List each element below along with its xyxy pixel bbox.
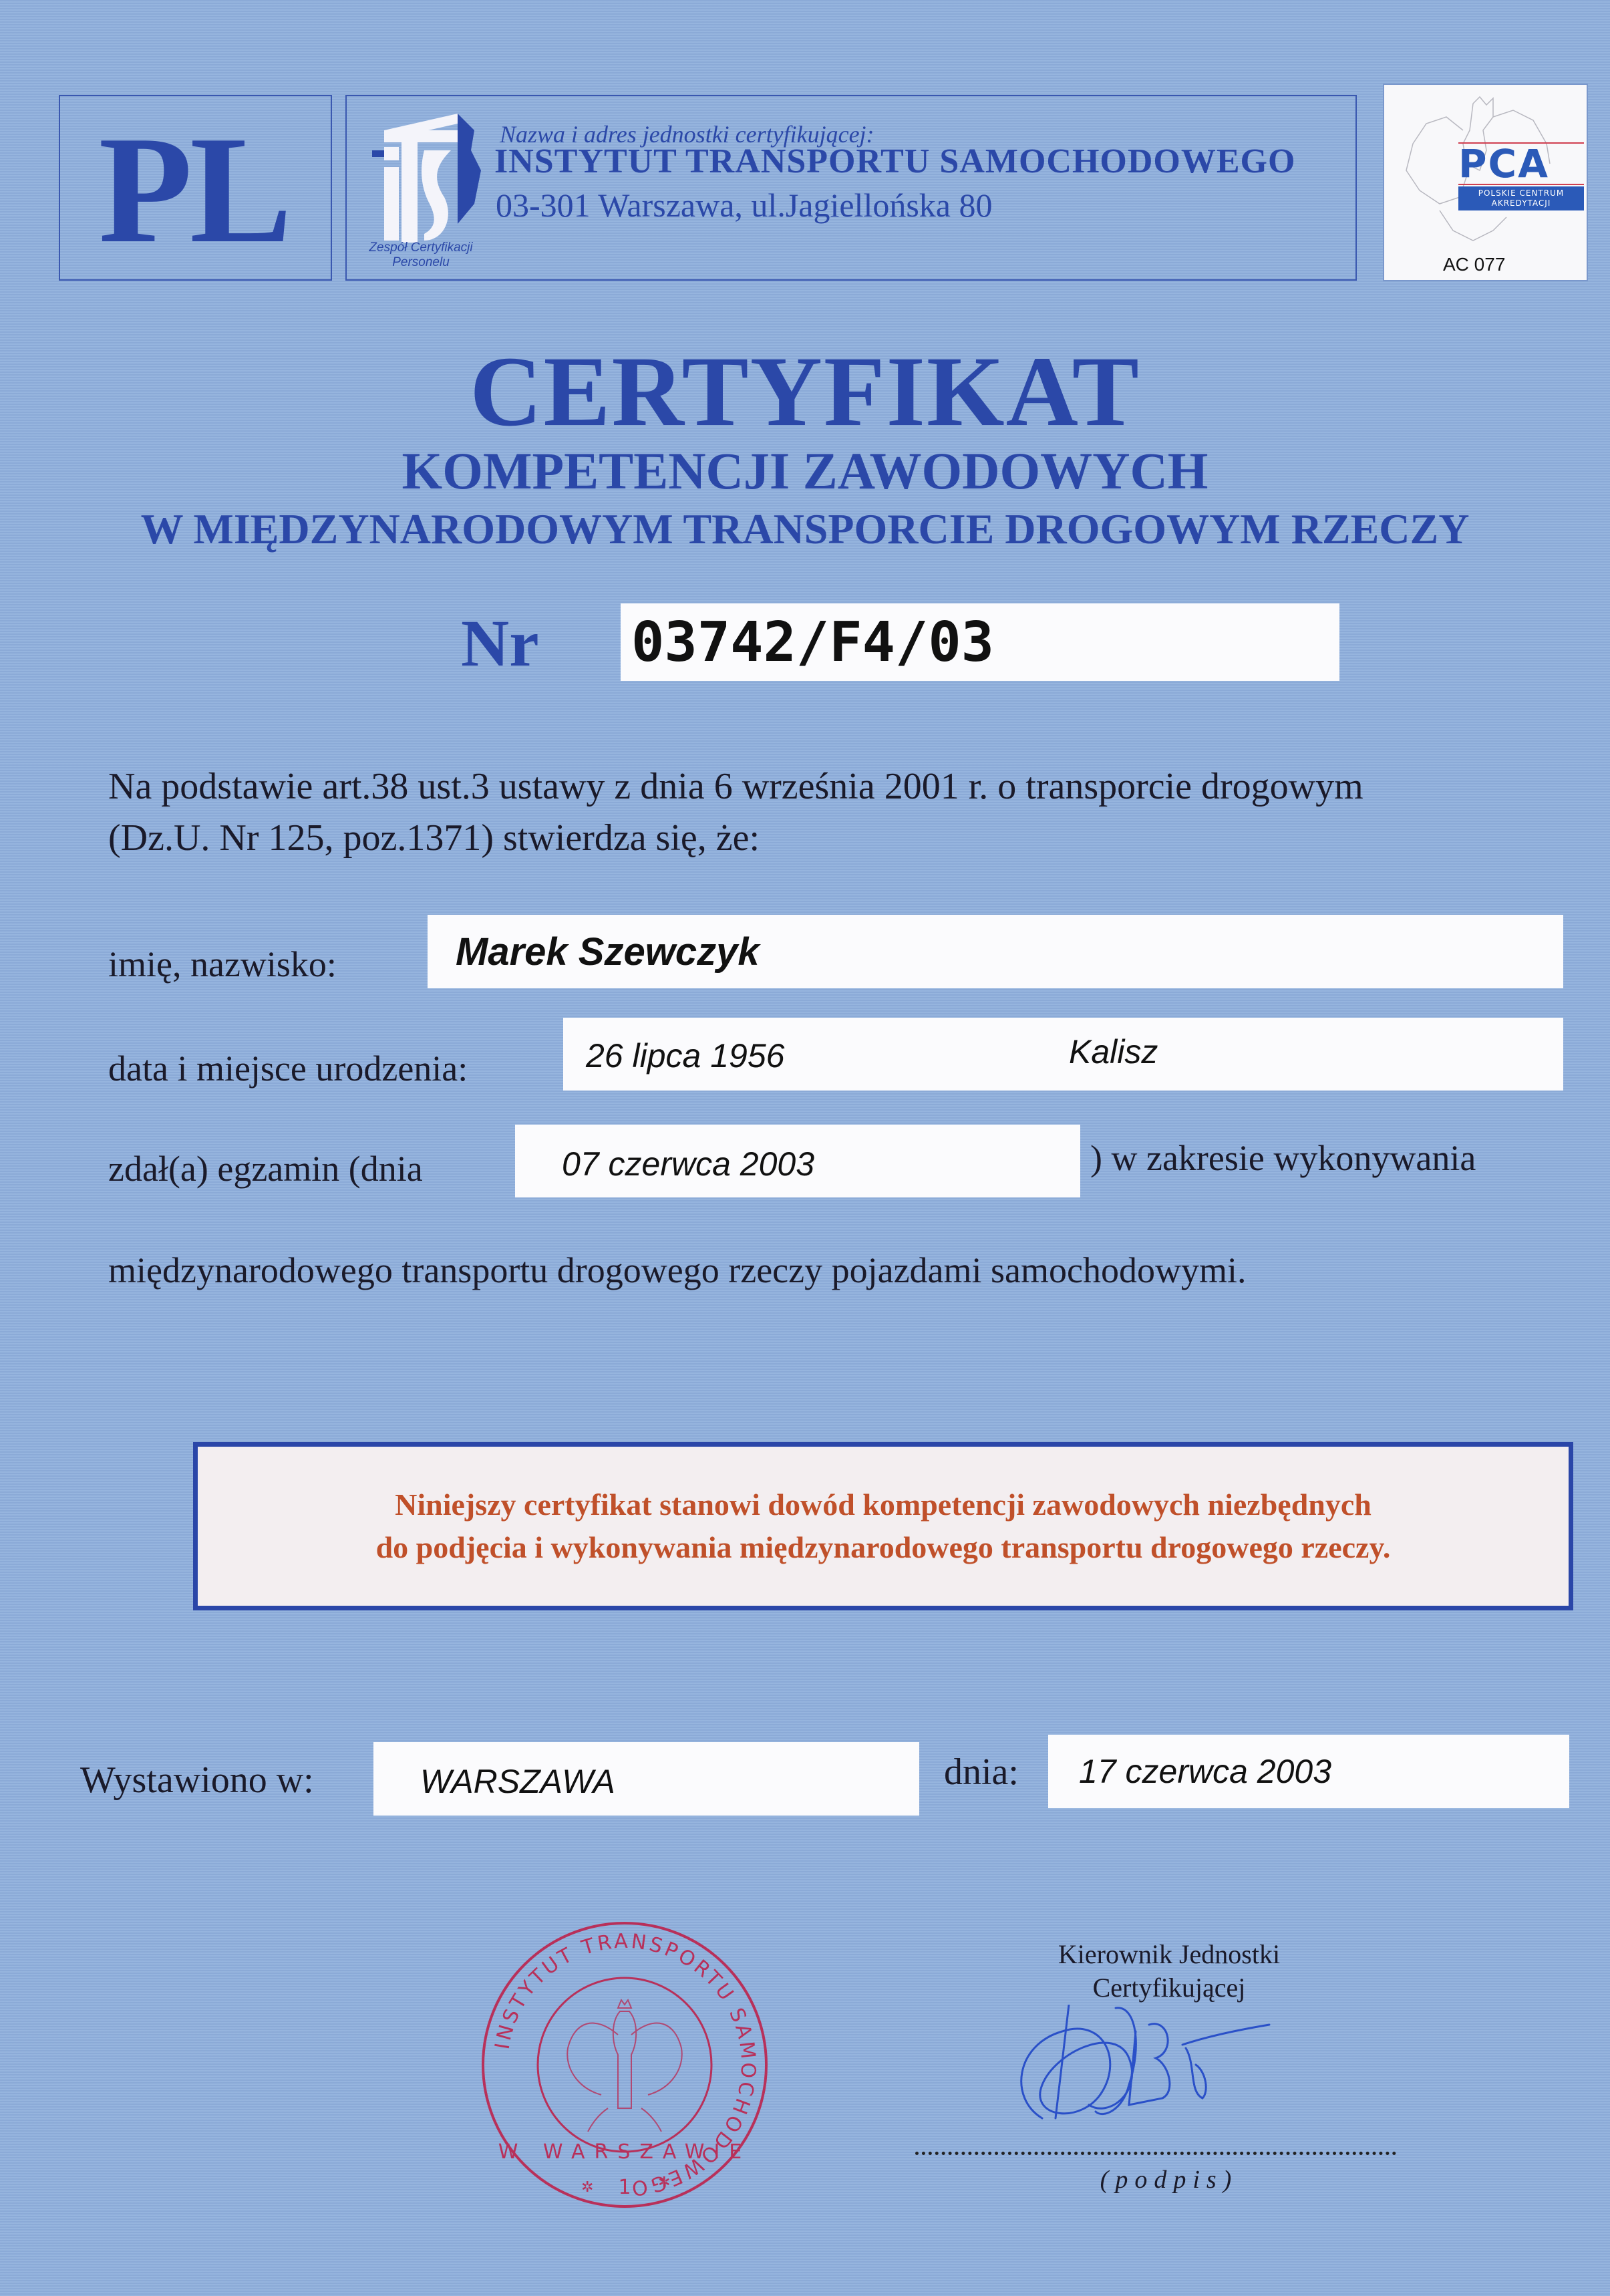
issued-date: 17 czerwca 2003 bbox=[1079, 1752, 1331, 1791]
birth-field: 26 lipca 1956 Kalisz bbox=[563, 1018, 1563, 1091]
unit-name: INSTYTUT TRANSPORTU SAMOCHODOWEGO bbox=[494, 142, 1295, 181]
issued-date-label: dnia: bbox=[944, 1751, 1019, 1793]
unit-address: 03-301 Warszawa, ul.Jagiellońska 80 bbox=[496, 186, 992, 225]
issued-place: WARSZAWA bbox=[420, 1762, 615, 1801]
its-logo-icon bbox=[357, 110, 501, 244]
birth-label: data i miejsce urodzenia: bbox=[108, 1048, 468, 1089]
legal-basis-line-1: Na podstawie art.38 ust.3 ustawy z dnia … bbox=[108, 765, 1363, 808]
issued-place-field: WARSZAWA bbox=[373, 1742, 919, 1816]
pca-subtitle: POLSKIE CENTRUM AKREDYTACJI bbox=[1458, 186, 1584, 210]
signature-caption: (podpis) bbox=[902, 2165, 1436, 2194]
number-label: Nr bbox=[461, 605, 539, 682]
svg-text:W WARSZAWIE: W WARSZAWIE bbox=[498, 2140, 752, 2164]
certificate-number-field: 03742/F4/03 bbox=[621, 603, 1339, 681]
signatory-title: Kierownik Jednostki Certyfikującej bbox=[902, 1938, 1436, 2005]
country-code: PL bbox=[59, 95, 329, 278]
exam-date: 07 czerwca 2003 bbox=[562, 1145, 814, 1183]
signature-icon bbox=[1002, 2005, 1349, 2138]
accreditation-code: AC 077 bbox=[1443, 254, 1505, 275]
issued-place-label: Wystawiono w: bbox=[80, 1759, 314, 1802]
pca-logo: PCA POLSKIE CENTRUM AKREDYTACJI bbox=[1458, 142, 1584, 210]
legal-basis-line-2: (Dz.U. Nr 125, poz.1371) stwierdza się, … bbox=[108, 817, 760, 859]
name-field: Marek Szewczyk bbox=[428, 915, 1563, 988]
scope-text: międzynarodowego transportu drogowego rz… bbox=[108, 1250, 1246, 1291]
svg-text:✲: ✲ bbox=[581, 2178, 593, 2195]
birth-date: 26 lipca 1956 bbox=[586, 1036, 784, 1075]
notice-box: Niniejszy certyfikat stanowi dowód kompe… bbox=[193, 1442, 1573, 1610]
birth-place: Kalisz bbox=[1069, 1032, 1158, 1071]
exam-label: zdał(a) egzamin (dnia bbox=[108, 1148, 423, 1189]
signature-line bbox=[915, 2152, 1396, 2155]
certificate-number: 03742/F4/03 bbox=[631, 611, 994, 674]
issued-date-field: 17 czerwca 2003 bbox=[1048, 1735, 1569, 1808]
notice-line-2: do podjęcia i wykonywania międzynarodowe… bbox=[376, 1526, 1391, 1569]
pca-letters: PCA bbox=[1458, 142, 1584, 185]
exam-suffix: ) w zakresie wykonywania bbox=[1090, 1137, 1476, 1179]
svg-text:✲: ✲ bbox=[658, 2174, 670, 2190]
notice-line-1: Niniejszy certyfikat stanowi dowód kompe… bbox=[395, 1483, 1372, 1526]
document-subtitle-2: W MIĘDZYNARODOWYM TRANSPORCIE DROGOWYM R… bbox=[0, 505, 1610, 554]
holder-name: Marek Szewczyk bbox=[456, 929, 760, 974]
official-stamp-icon: INSTYTUT TRANSPORTU SAMOCHODOWEGO W WARS… bbox=[468, 1908, 782, 2222]
name-label: imię, nazwisko: bbox=[108, 944, 337, 985]
svg-text:1: 1 bbox=[618, 2176, 631, 2199]
its-logo-caption: Zespół Certyfikacji Personelu bbox=[347, 241, 494, 270]
document-subtitle: KOMPETENCJI ZAWODOWYCH bbox=[0, 441, 1610, 501]
exam-date-field: 07 czerwca 2003 bbox=[515, 1125, 1080, 1197]
document-title: CERTYFIKAT bbox=[0, 334, 1610, 449]
